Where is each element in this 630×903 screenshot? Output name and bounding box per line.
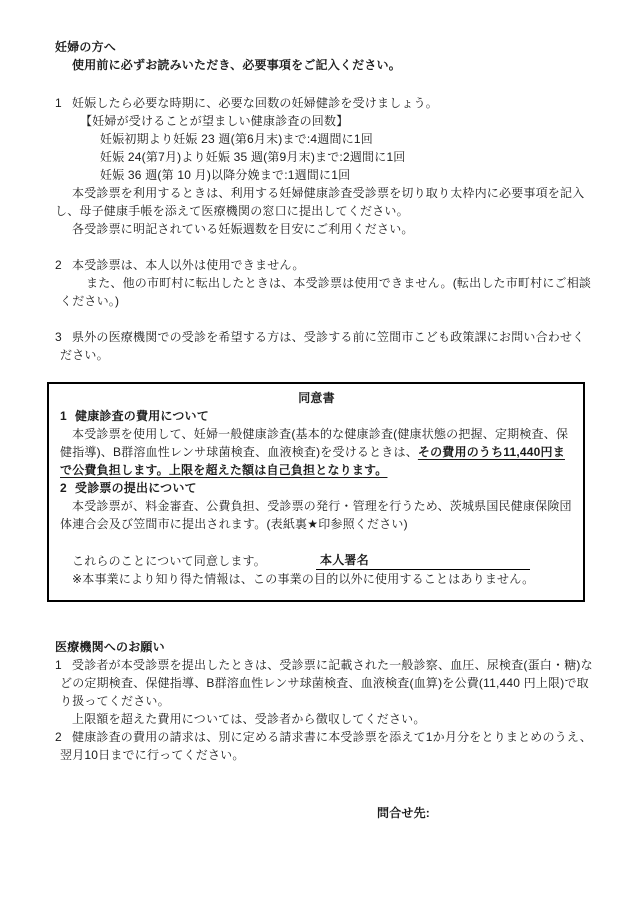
request-2-number: 2 xyxy=(55,728,72,746)
consent-form-box: 同意書 1健康診査の費用について 本受診票を使用して、妊婦一般健康診査(基本的な… xyxy=(47,382,585,602)
signature-label: 本人署名 xyxy=(320,553,369,567)
request-section: 医療機関へのお願い 1受診者が本受診票を提出したときは、受診票に記載された一般診… xyxy=(55,638,596,764)
schedule-line-1: 妊娠初期より妊娠 23 週(第6月末)まで:4週間に1回 xyxy=(100,130,596,148)
note-item-1: 1妊娠したら必要な時期に、必要な回数の妊婦健診を受けましょう。 【妊婦が受けるこ… xyxy=(55,94,596,238)
consent-fee-heading: 1健康診査の費用について xyxy=(60,407,573,425)
schedule-line-3: 妊娠 36 週(第 10 月)以降分娩まで:1週間に1回 xyxy=(100,166,596,184)
note-2-paragraph-1: また、他の市町村に転出したときは、本受診票は使用できません。(転出した市町村にご… xyxy=(60,274,596,310)
document-page: 妊婦の方へ 使用前に必ずお読みいただき、必要事項をご記入ください。 1妊娠したら… xyxy=(0,0,630,903)
consent-submit-number: 2 xyxy=(60,479,75,497)
note-2-lead: 2本受診票は、本人以外は使用できません。 xyxy=(60,256,596,274)
doc-title: 妊婦の方へ xyxy=(55,38,596,56)
consent-fee-number: 1 xyxy=(60,407,75,425)
note-1-number: 1 xyxy=(55,94,72,112)
note-3-number: 3 xyxy=(55,328,72,346)
note-1-paragraph-2: 各受診票に明記されている妊娠週数を目安にご利用ください。 xyxy=(55,220,596,238)
request-item-2: 2健康診査の費用の請求は、別に定める請求書に本受診票を添えて1か月分をとりまとめ… xyxy=(60,728,596,764)
schedule-line-2: 妊娠 24(第7月)より妊娠 35 週(第9月末)まで:2週間に1回 xyxy=(100,148,596,166)
note-2-number: 2 xyxy=(55,256,72,274)
request-item-1: 1受診者が本受診票を提出したときは、受診票に記載された一般診察、血圧、尿検査(蛋… xyxy=(60,656,596,710)
agreement-statement: これらのことについて同意します。 xyxy=(72,552,266,570)
schedule-heading: 【妊婦が受けることが望ましい健康診査の回数】 xyxy=(80,112,596,130)
consent-submit-body: 本受診票が、料金審査、公費負担、受診票の発行・管理を行うため、茨城県国民健康保険… xyxy=(60,497,573,533)
consent-submit-heading: 2受診票の提出について xyxy=(60,479,573,497)
note-1-lead: 1妊娠したら必要な時期に、必要な回数の妊婦健診を受けましょう。 xyxy=(60,94,596,112)
request-1-paragraph-2: 上限額を超えた費用については、受診者から徴収してください。 xyxy=(72,710,596,728)
note-3-lead: 3県外の医療機関での受診を希望する方は、受診する前に笠間市こども政策課にお問い合… xyxy=(60,328,596,364)
doc-subtitle: 使用前に必ずお読みいただき、必要事項をご記入ください。 xyxy=(55,56,596,74)
note-1-paragraph-1: 本受診票を利用するときは、利用する妊婦健康診査受診票を切り取り太枠内に必要事項を… xyxy=(55,184,596,220)
note-item-2: 2本受診票は、本人以外は使用できません。 また、他の市町村に転出したときは、本受… xyxy=(55,256,596,310)
consent-title: 同意書 xyxy=(60,389,573,407)
consent-fee-body: 本受診票を使用して、妊婦一般健康診査(基本的な健康診査(健康状態の把握、定期検査… xyxy=(60,425,573,479)
request-title: 医療機関へのお願い xyxy=(55,638,596,656)
note-item-3: 3県外の医療機関での受診を希望する方は、受診する前に笠間市こども政策課にお問い合… xyxy=(55,328,596,364)
request-1-number: 1 xyxy=(55,656,72,674)
signature-field[interactable]: 本人署名 xyxy=(316,551,530,570)
privacy-note: ※本事業により知り得た情報は、この事業の目的以外に使用することはありません。 xyxy=(72,570,573,588)
contact-label: 問合せ先: xyxy=(377,804,596,822)
agreement-row: これらのことについて同意します。 本人署名 xyxy=(72,551,573,570)
